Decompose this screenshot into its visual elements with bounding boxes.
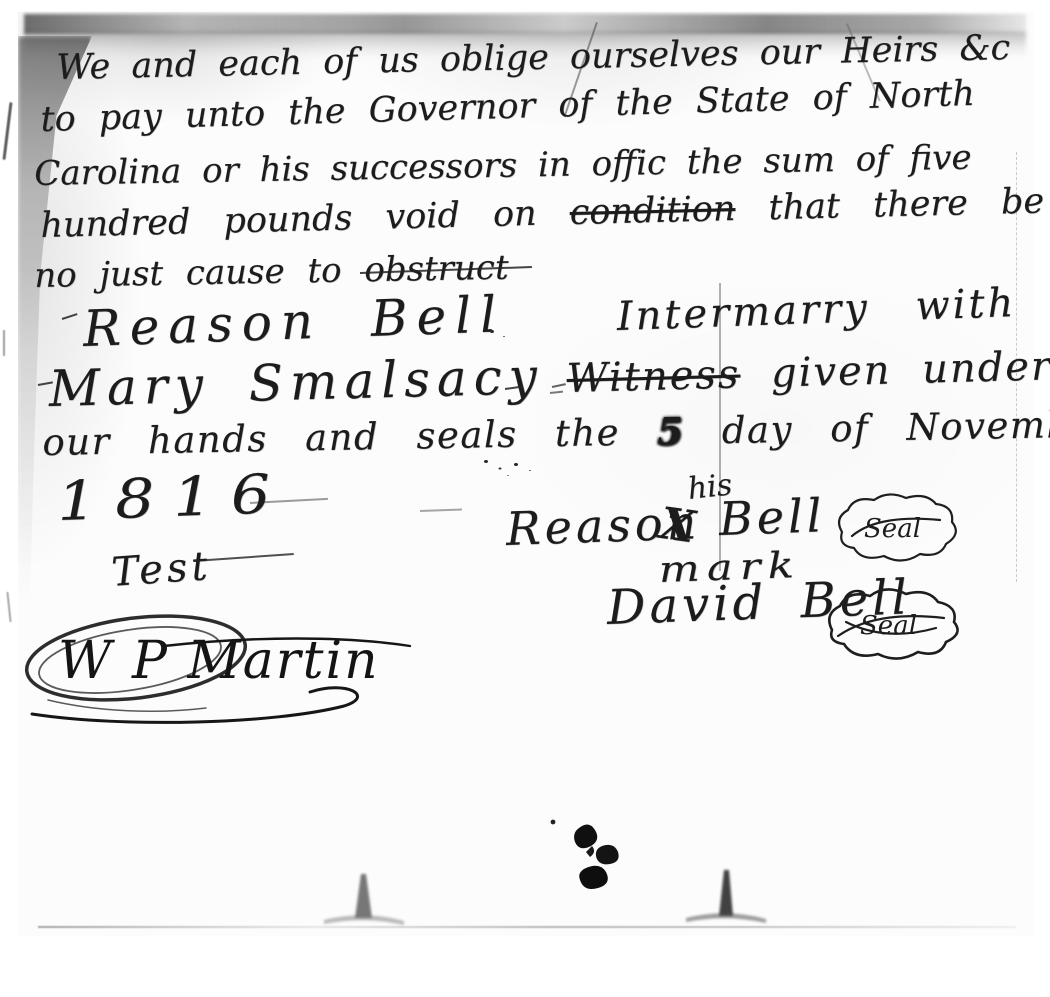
ink-specks [490,330,494,333]
groom-name: Reason Bell [82,285,506,358]
pen-dash [420,509,462,512]
witness-phrase: Witness given under [566,343,1050,402]
x-mark: X [657,498,698,553]
signature-bell: Bell [718,488,826,546]
intermarry-phrase: Intermarry with [616,280,1017,340]
ink-blot [546,814,638,902]
bride-name: Mary Smalsacy [48,347,545,418]
hands-post: day of November [684,402,1050,452]
seal-word: Seal [860,611,917,641]
pen-dash [550,391,563,394]
seal-word: Seal [864,514,921,544]
line4-struck-word: condition [569,189,736,233]
pen-dash [62,313,78,320]
seal-scribble-david: Seal [816,584,966,666]
witness-signature-flourish: W P Martin [14,594,418,734]
paper-sheet: We and each of us oblige ourselves our H… [18,12,1034,936]
day-number: 5 [657,409,685,453]
line4-post: that there be [735,181,1045,229]
scan-edge-mark [6,592,11,622]
seal-scribble-reason: Seal [828,490,963,568]
fold-crease-mark [324,874,404,934]
witness-signature: W P Martin [58,631,380,691]
scanned-document: We and each of us oblige ourselves our H… [0,0,1050,997]
scan-edge-mark [3,330,5,356]
witness-struck-word: Witness [566,351,741,402]
scan-edge-mark [2,102,12,160]
test-label: Test [110,543,213,596]
pen-squiggle [552,383,566,388]
witness-rest: given under [740,343,1050,397]
fold-crease-mark [686,870,766,930]
year: 1816 [56,462,290,533]
paper-bottom-edge [38,926,1016,928]
hands-pre: our hands and seals the [42,410,658,464]
line4-pre: hundred pounds void on [40,193,570,246]
bond-text-line-3: Carolina or his successors in offic the … [34,138,972,194]
ink-specks [484,460,488,463]
